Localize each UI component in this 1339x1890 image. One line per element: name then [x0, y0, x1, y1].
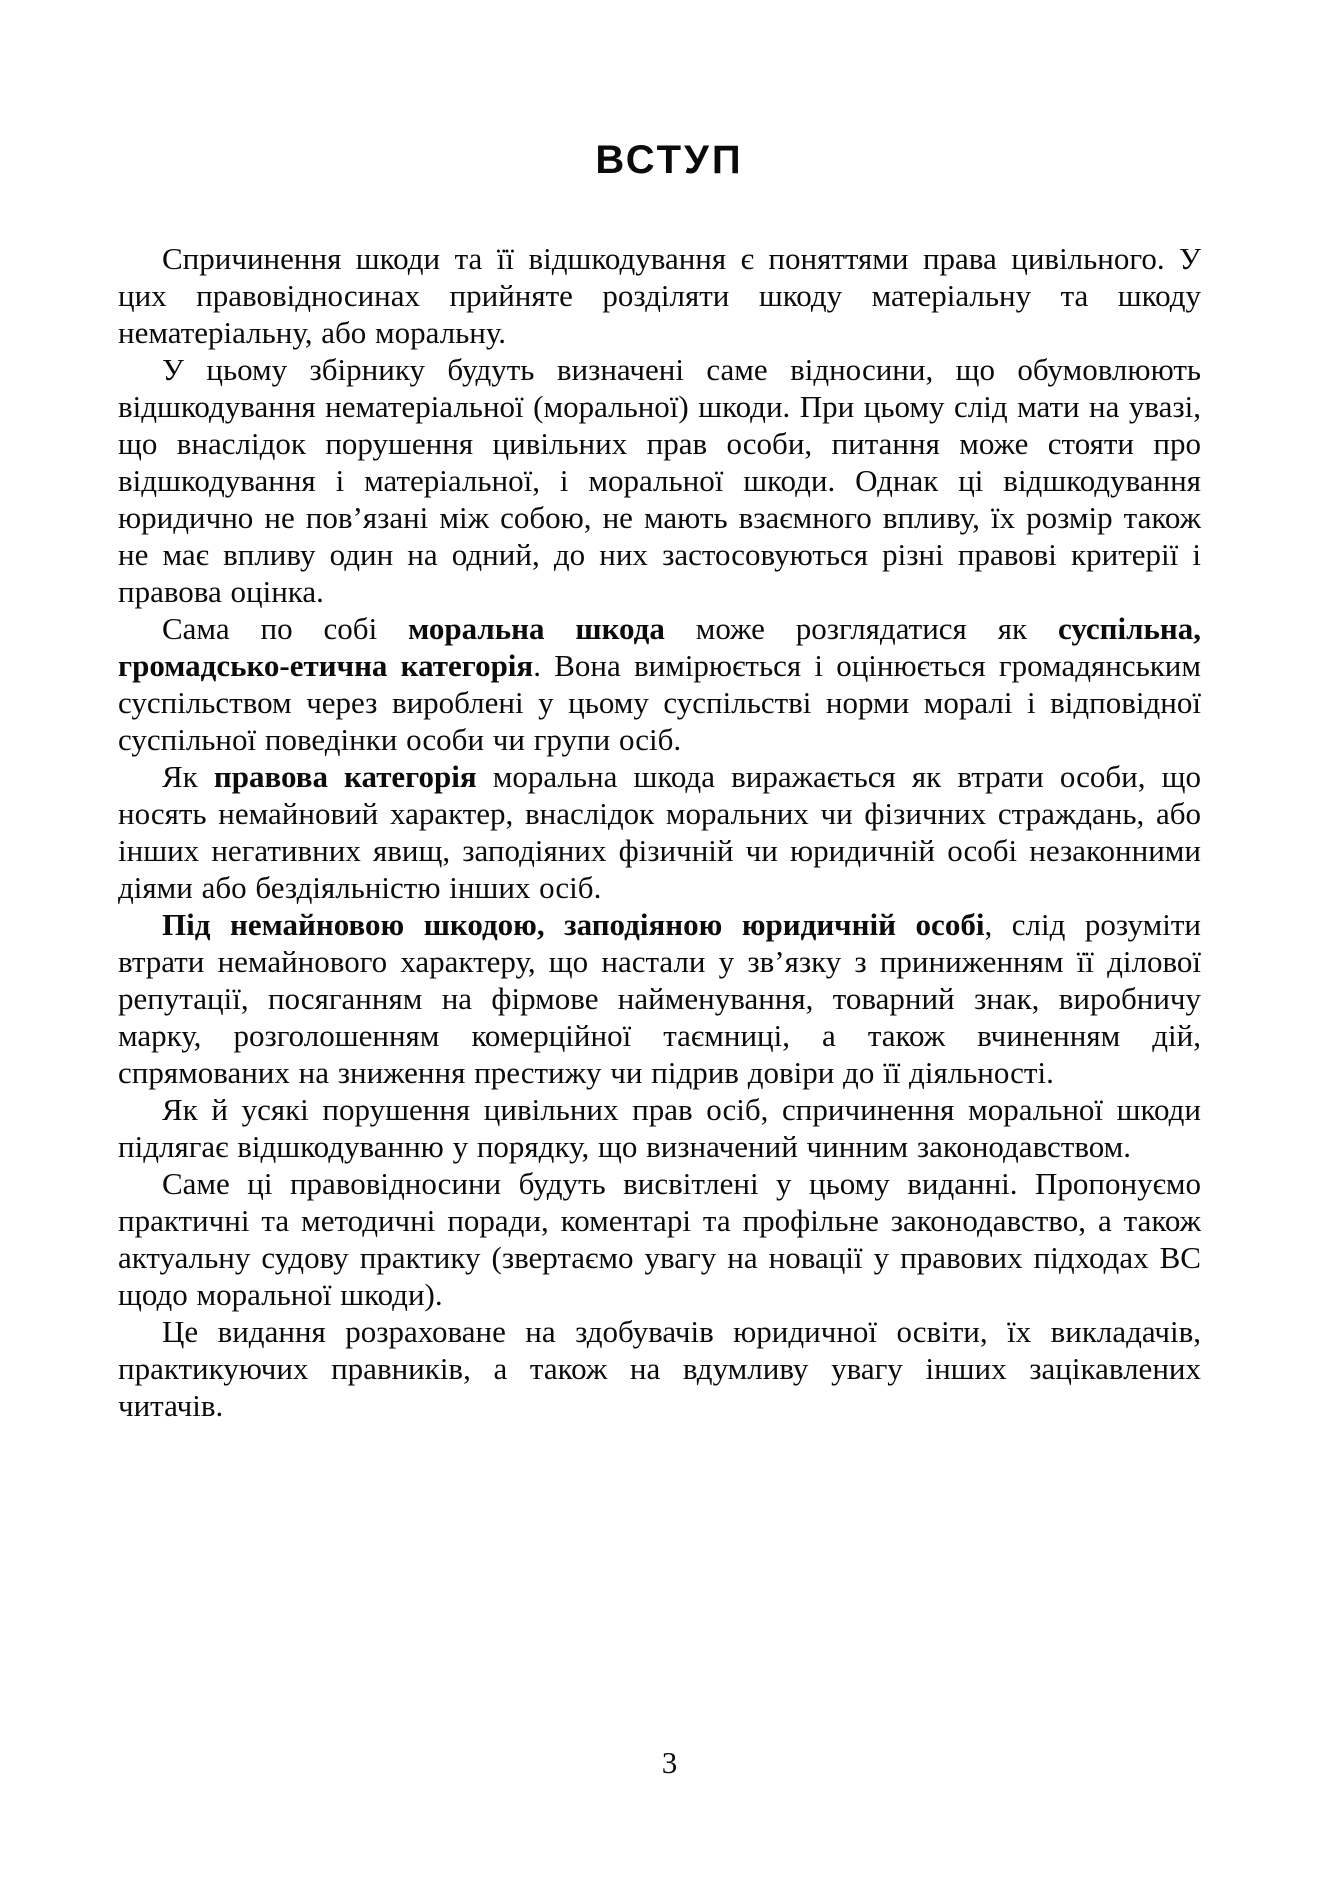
- paragraph: Під немайновою шкодою, заподіяною юридич…: [118, 906, 1201, 1091]
- paragraph: Саме ці правовідносини будуть висвітлені…: [118, 1165, 1201, 1313]
- paragraph: У цьому збірнику будуть визначені саме в…: [118, 351, 1201, 610]
- page-title: ВСТУП: [0, 0, 1339, 183]
- paragraph: Як й усякі порушення цивільних прав осіб…: [118, 1091, 1201, 1165]
- bold-text: моральна шкода: [408, 611, 665, 646]
- page-number: 3: [0, 1745, 1339, 1781]
- paragraph: Спричинення шкоди та її відшкодування є …: [118, 240, 1201, 351]
- paragraph: Як правова категорія моральна шкода вира…: [118, 758, 1201, 906]
- paragraph: Це видання розраховане на здобувачів юри…: [118, 1313, 1201, 1424]
- bold-text: правова категорія: [214, 759, 477, 794]
- bold-text: Під немайновою шкодою, заподіяною юридич…: [162, 907, 984, 942]
- page-body: Спричинення шкоди та її відшкодування є …: [0, 183, 1339, 1424]
- paragraph: Сама по собі моральна шкода може розгляд…: [118, 610, 1201, 758]
- document-page: ВСТУП Спричинення шкоди та її відшкодува…: [0, 0, 1339, 1890]
